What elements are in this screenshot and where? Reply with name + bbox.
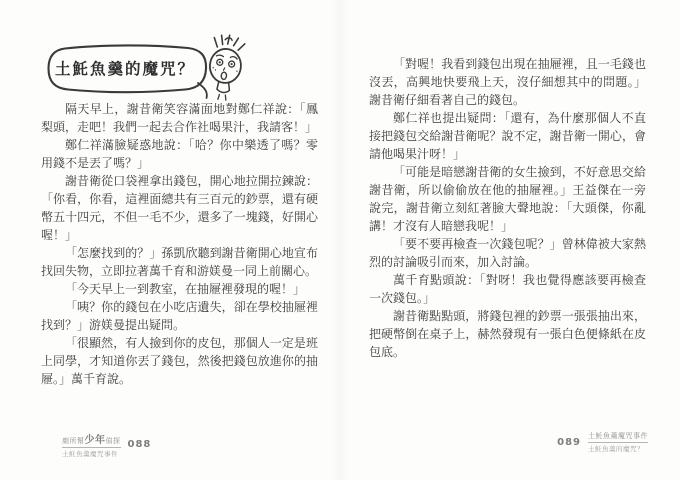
book-title: 土魠魚羹魔咒事件 xyxy=(588,431,648,443)
right-footer-titles: 土魠魚羹魔咒事件 土魠魚羹的魔咒？ xyxy=(588,431,648,453)
left-page-body: 隔天早上，謝昔衛笑容滿面地對鄭仁祥說：「鳳梨頭，走吧！我們一起去合作社喝果汁，我… xyxy=(41,100,318,388)
paragraph: 鄭仁祥也提出疑問：「還有，為什麼那個人不直接把錢包交給謝昔衛呢？說不定，謝昔衛一… xyxy=(369,109,646,163)
paragraph: 「要不要再檢查一次錢包呢？」曾林偉被大家熱烈的討論吸引而來，加入討論。 xyxy=(369,235,646,271)
chapter-title: 土魠魚羹的魔咒？ xyxy=(44,42,206,94)
left-page-footer: 廁所幫少年偵探 土魠魚羹魔咒事件 088 xyxy=(62,431,151,458)
right-page-body: 「對喔！我看到錢包出現在抽屜裡，且一毛錢也沒丟，高興地快要飛上天，沒仔細想其中的… xyxy=(369,55,646,361)
paragraph: 「怎麼找到的？」孫凱欣聽到謝昔衛開心地宣布找回失物，立即拉著萬千育和游媄曼一同上… xyxy=(41,244,318,280)
book-spread: 土魠魚羹的魔咒？ xyxy=(0,0,680,480)
paragraph: 隔天早上，謝昔衛笑容滿面地對鄭仁祥說：「鳳梨頭，走吧！我們一起去合作社喝果汁，我… xyxy=(41,100,318,136)
paragraph: 「今天早上一到教室，在抽屜裡發現的喔！」 xyxy=(41,280,318,298)
paragraph: 萬千育點頭說：「對呀！我也覺得應該要再檢查一次錢包。」 xyxy=(369,271,646,307)
right-page-number: 089 xyxy=(557,437,581,448)
book-title: 土魠魚羹魔咒事件 xyxy=(62,448,121,458)
paragraph: 謝昔衛點點頭，將錢包裡的鈔票一張張抽出來，把硬幣倒在桌子上，赫然發現有一張白色便… xyxy=(369,307,646,361)
page-gutter xyxy=(330,0,350,480)
series-title: 廁所幫少年偵探 xyxy=(62,431,121,448)
chapter-header: 土魠魚羹的魔咒？ xyxy=(44,36,254,106)
paragraph: 「對喔！我看到錢包出現在抽屜裡，且一毛錢也沒丟，高興地快要飛上天，沒仔細想其中的… xyxy=(369,55,646,109)
surprised-boy-face-icon xyxy=(198,32,253,109)
left-page-number: 088 xyxy=(128,439,152,450)
paragraph: 鄭仁祥滿臉疑惑地說：「哈？你中樂透了嗎？零用錢不是丟了嗎？」 xyxy=(41,136,318,172)
paragraph: 「很顯然，有人撿到你的皮包，那個人一定是班上同學，才知道你丟了錢包，然後把錢包放… xyxy=(41,334,318,388)
paragraph: 「咦？你的錢包在小吃店遺失，卻在學校抽屜裡找到？」游媄曼提出疑問。 xyxy=(41,298,318,334)
paragraph: 謝昔衛從口袋裡拿出錢包，開心地拉開拉鍊說：「你看，你看，這裡面總共有三百元的鈔票… xyxy=(41,172,318,244)
chapter-title-bubble: 土魠魚羹的魔咒？ xyxy=(44,42,212,100)
right-page-footer: 089 土魠魚羹魔咒事件 土魠魚羹的魔咒？ xyxy=(557,431,648,453)
chapter-title-footer: 土魠魚羹的魔咒？ xyxy=(588,443,648,453)
paragraph: 「可能是暗戀謝昔衛的女生撿到，不好意思交給謝昔衛，所以偷偷放在他的抽屜裡。」王益… xyxy=(369,163,646,235)
left-footer-titles: 廁所幫少年偵探 土魠魚羹魔咒事件 xyxy=(62,431,121,458)
